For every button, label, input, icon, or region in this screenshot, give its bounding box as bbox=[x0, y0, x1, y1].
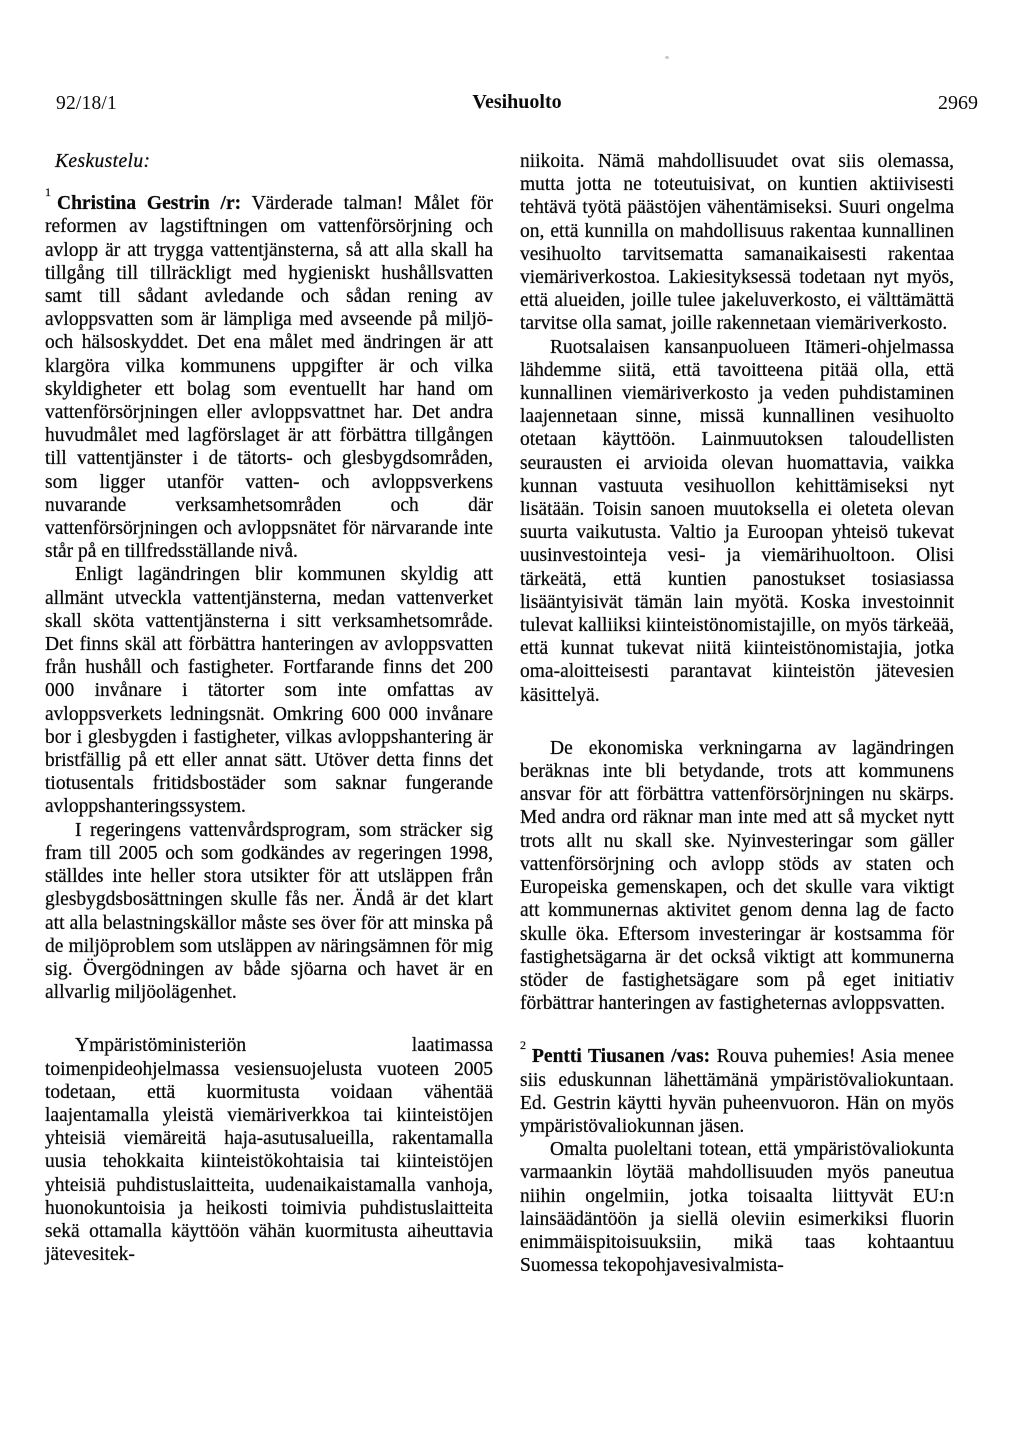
speech-1-paragraph-4-part-1: Ympäristöministeriön laatimassa toimenpi… bbox=[45, 1034, 493, 1266]
speech-2-paragraph-1: 2Pentti Tiusanen /vas: Rouva puhemies! A… bbox=[520, 1045, 954, 1138]
speech-1-paragraph-1: 1Christina Gestrin /r: Värderade talman!… bbox=[45, 192, 493, 563]
speech-1-paragraph-6: De ekonomiska verkningarna av lagändring… bbox=[520, 737, 954, 1015]
speech-1-paragraph-1-text: Värderade talman! Målet för reformen av … bbox=[45, 193, 493, 562]
speech-1-paragraph-3: I regeringens vattenvårdsprogram, som st… bbox=[45, 819, 493, 1005]
speech-1-number: 1 bbox=[45, 185, 57, 199]
section-label: Keskustelu: bbox=[55, 150, 493, 173]
speech-2-number: 2 bbox=[520, 1038, 532, 1052]
speech-1-paragraph-2: Enligt lagändringen blir kommunen skyldi… bbox=[45, 563, 493, 818]
right-column: niikoita. Nämä mahdollisuudet ovat siis … bbox=[520, 150, 954, 1277]
speech-2-speaker-name: Pentti Tiusanen /vas: bbox=[532, 1046, 710, 1067]
speech-1-speaker-name: Christina Gestrin /r: bbox=[57, 193, 241, 214]
speech-1-paragraph-4-part-2: niikoita. Nämä mahdollisuudet ovat siis … bbox=[520, 150, 954, 336]
document-page: 92/18/1 Vesihuolto 2969 Keskustelu: 1Chr… bbox=[0, 0, 1024, 1446]
page-number: 2969 bbox=[938, 92, 978, 115]
page-title: Vesihuolto bbox=[0, 91, 1024, 114]
speech-2-paragraph-2: Omalta puoleltani totean, että ympäristö… bbox=[520, 1138, 954, 1277]
left-column: Keskustelu: 1Christina Gestrin /r: Värde… bbox=[45, 150, 493, 1266]
speech-1-paragraph-5: Ruotsalaisen kansanpuolueen Itämeri-ohje… bbox=[520, 336, 954, 707]
scan-artifact-dot bbox=[665, 56, 669, 59]
